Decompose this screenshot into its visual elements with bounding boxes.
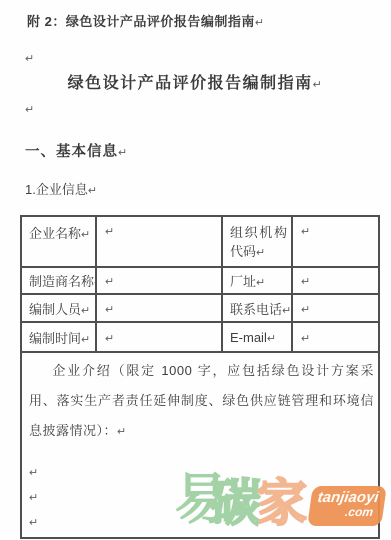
cell-label-text: 企业名称: [29, 226, 81, 241]
cell-compile-date-label: 编制时间↵: [21, 322, 96, 352]
cell-org-code-label: 组织机构代码↵: [222, 216, 292, 267]
cell-email-value: ↵: [292, 322, 379, 352]
paragraph-mark-icon: ↵: [105, 304, 114, 316]
page-title-text: 绿色设计产品评价报告编制指南: [68, 75, 313, 92]
table-row: 制造商名称↵ ↵ 厂址↵ ↵: [21, 267, 379, 294]
paragraph-mark-icon: ↵: [301, 276, 310, 288]
cell-label-text: 编制时间: [29, 331, 81, 346]
cell-email-label: E-mail↵: [222, 322, 292, 352]
company-intro-paragraph: 企业介绍（限定 1000 字，应包括绿色设计方案采用、落实生产者责任延伸制度、绿…: [29, 356, 374, 447]
cell-label-text: 编制人员: [29, 302, 81, 317]
paragraph-mark-icon: ↵: [25, 52, 34, 65]
paragraph-mark-icon: ↵: [29, 492, 38, 504]
cell-company-intro: 企业介绍（限定 1000 字，应包括绿色设计方案采用、落实生产者责任延伸制度、绿…: [21, 352, 379, 538]
paragraph-mark-icon: ↵: [88, 185, 97, 197]
paragraph-mark-icon: ↵: [81, 334, 90, 346]
paragraph-mark-icon: ↵: [118, 147, 128, 159]
table-row: 企业介绍（限定 1000 字，应包括绿色设计方案采用、落实生产者责任延伸制度、绿…: [21, 352, 379, 538]
paragraph-mark-icon: ↵: [301, 304, 310, 316]
document-page: 附 2：绿色设计产品评价报告编制指南↵ ↵ 绿色设计产品评价报告编制指南↵ ↵ …: [0, 0, 391, 540]
paragraph-mark-icon: ↵: [29, 467, 38, 479]
cell-company-name-label: 企业名称↵: [21, 216, 96, 267]
paragraph-mark-icon: ↵: [25, 103, 34, 116]
cell-factory-address-label: 厂址↵: [222, 267, 292, 294]
paragraph-mark-icon: ↵: [117, 426, 127, 438]
table-row: 编制时间↵ ↵ E-mail↵ ↵: [21, 322, 379, 352]
paragraph-mark-icon: ↵: [255, 17, 265, 29]
paragraph-mark-icon: ↵: [105, 276, 114, 288]
cell-factory-address-value: ↵: [292, 267, 379, 294]
cell-label-text: 制造商名称: [29, 274, 94, 289]
paragraph-mark-icon: ↵: [256, 247, 265, 259]
company-info-table: 企业名称↵ ↵ 组织机构代码↵ ↵ 制造商名称↵ ↵ 厂址↵ ↵ 编制人员↵ ↵…: [20, 215, 380, 539]
subsection-heading-text: 1.企业信息: [25, 182, 88, 197]
paragraph-mark-icon: ↵: [81, 305, 90, 317]
paragraph-mark-icon: ↵: [81, 229, 90, 241]
section-heading-basic-info: 一、基本信息↵: [25, 140, 128, 161]
cell-label-text: 联系电话: [230, 302, 282, 317]
company-intro-text: 企业介绍（限定 1000 字，应包括绿色设计方案采用、落实生产者责任延伸制度、绿…: [29, 363, 374, 438]
attachment-heading: 附 2：绿色设计产品评价报告编制指南↵: [27, 11, 265, 30]
cell-manufacturer-value: ↵: [96, 267, 222, 294]
paragraph-mark-icon: ↵: [105, 226, 114, 238]
section-heading-text: 一、基本信息: [25, 144, 118, 160]
cell-label-text: 厂址: [230, 274, 256, 289]
cell-manufacturer-label: 制造商名称↵: [21, 267, 96, 294]
table-row: 编制人员↵ ↵ 联系电话↵ ↵: [21, 294, 379, 322]
page-title: 绿色设计产品评价报告编制指南↵: [0, 70, 391, 93]
cell-phone-value: ↵: [292, 294, 379, 322]
cell-company-name-value: ↵: [96, 216, 222, 267]
paragraph-mark-icon: ↵: [301, 333, 310, 345]
paragraph-mark-icon: ↵: [105, 333, 114, 345]
table-row: 企业名称↵ ↵ 组织机构代码↵ ↵: [21, 216, 379, 267]
paragraph-mark-icon: ↵: [256, 277, 265, 289]
cell-org-code-value: ↵: [292, 216, 379, 267]
cell-compiler-value: ↵: [96, 294, 222, 322]
empty-paragraphs: ↵ ↵ ↵: [29, 459, 374, 534]
paragraph-mark-icon: ↵: [313, 79, 324, 91]
subsection-heading-company-info: 1.企业信息↵: [25, 179, 97, 198]
cell-phone-label: 联系电话↵: [222, 294, 292, 322]
cell-compiler-label: 编制人员↵: [21, 294, 96, 322]
cell-compile-date-value: ↵: [96, 322, 222, 352]
paragraph-mark-icon: ↵: [267, 333, 276, 345]
attachment-heading-text: 附 2：绿色设计产品评价报告编制指南: [27, 14, 255, 29]
paragraph-mark-icon: ↵: [282, 305, 291, 317]
paragraph-mark-icon: ↵: [29, 517, 38, 529]
paragraph-mark-icon: ↵: [301, 226, 310, 238]
cell-label-text: E-mail: [230, 330, 267, 345]
